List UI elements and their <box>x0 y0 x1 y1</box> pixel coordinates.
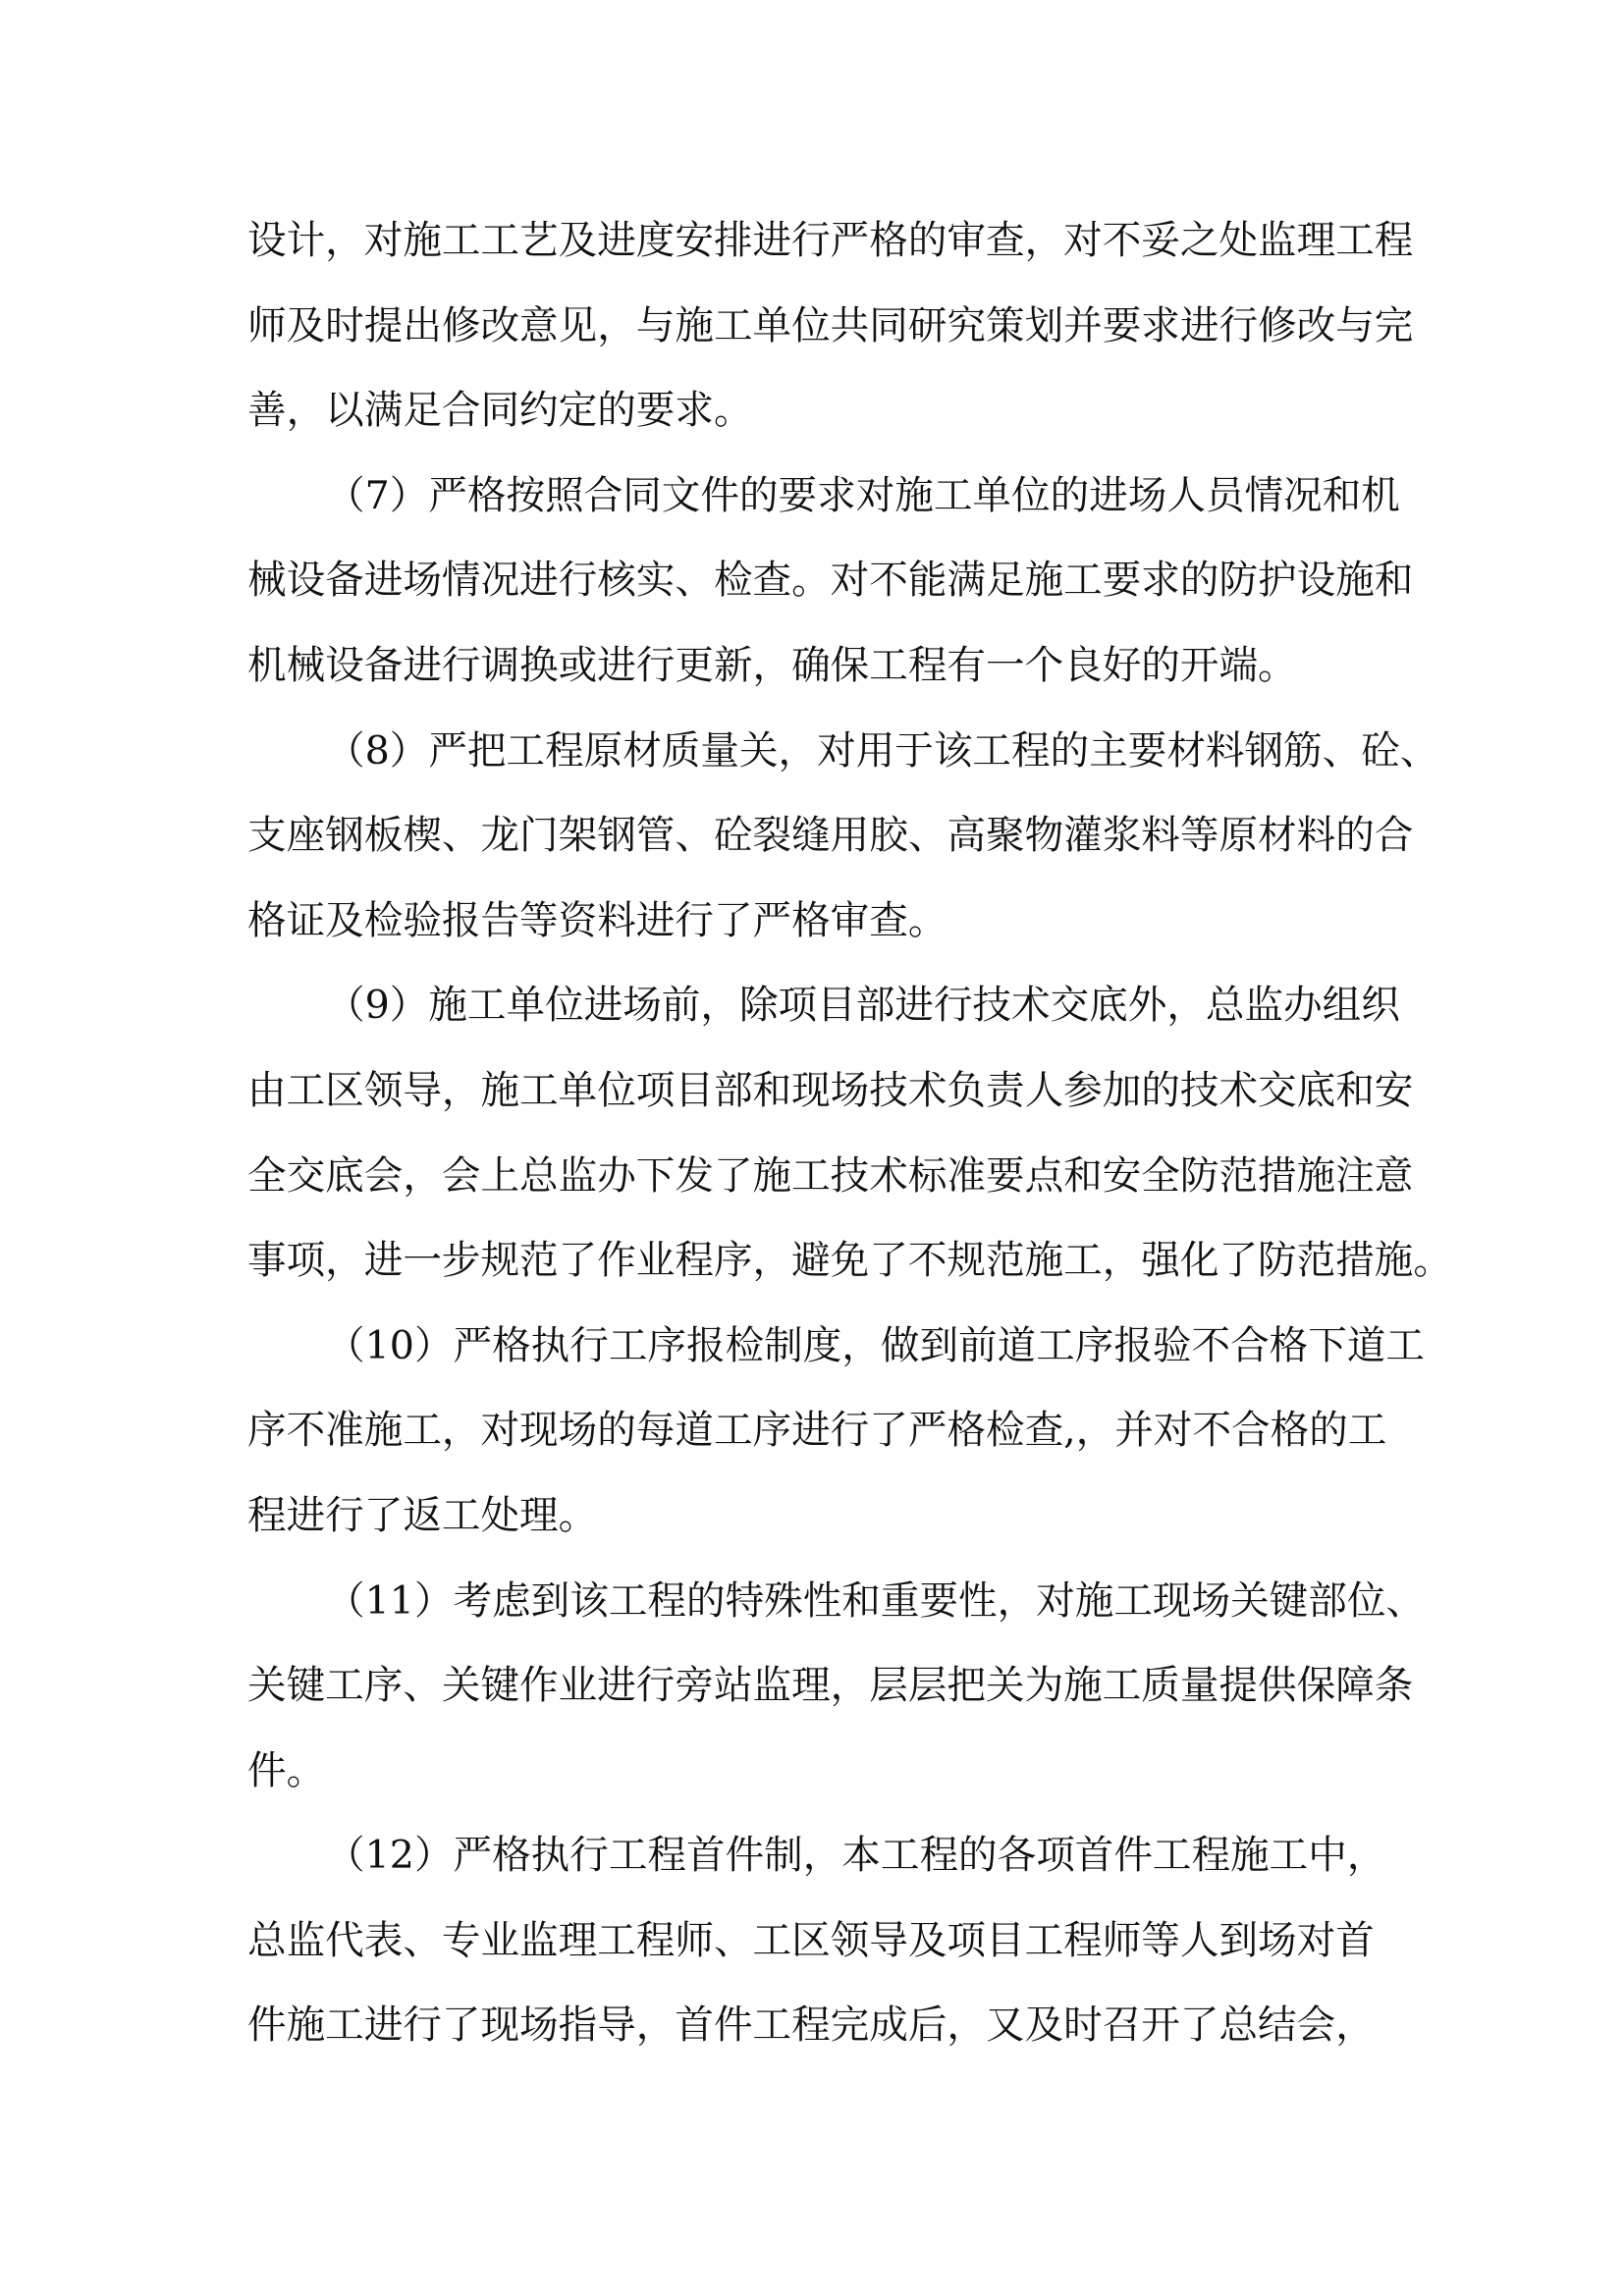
text-line: 善，以满足合同约定的要求。 <box>247 368 1386 454</box>
text-line: （8）严把工程原材质量关，对用于该工程的主要材料钢筋、砼、 <box>247 709 1386 794</box>
text-line: 全交底会，会上总监办下发了施工技术标准要点和安全防范措施注意 <box>247 1134 1386 1219</box>
text-line: 机械设备进行调换或进行更新，确保工程有一个良好的开端。 <box>247 623 1386 709</box>
text-line: （12）严格执行工程首件制，本工程的各项首件工程施工中， <box>247 1813 1386 1898</box>
text-line: 格证及检验报告等资料进行了严格审查。 <box>247 879 1386 964</box>
text-line: 序不准施工，对现场的每道工序进行了严格检查,，并对不合格的工 <box>247 1388 1386 1473</box>
text-line: （7）严格按照合同文件的要求对施工单位的进场人员情况和机 <box>247 454 1386 539</box>
document-body: 设计，对施工工艺及进度安排进行严格的审查，对不妥之处监理工程 师及时提出修改意见… <box>247 198 1386 2068</box>
text-line: （10）严格执行工序报检制度，做到前道工序报验不合格下道工 <box>247 1304 1386 1389</box>
paragraph-11: （11）考虑到该工程的特殊性和重要性，对施工现场关键部位、 关键工序、关键作业进… <box>247 1559 1386 1814</box>
text-line: 械设备进场情况进行核实、检查。对不能满足施工要求的防护设施和 <box>247 538 1386 623</box>
paragraph-8: （8）严把工程原材质量关，对用于该工程的主要材料钢筋、砼、 支座钢板楔、龙门架钢… <box>247 709 1386 964</box>
document-page: 设计，对施工工艺及进度安排进行严格的审查，对不妥之处监理工程 师及时提出修改意见… <box>0 0 1624 2296</box>
paragraph-9: （9）施工单位进场前，除项目部进行技术交底外，总监办组织 由工区领导，施工单位项… <box>247 963 1386 1303</box>
text-line: 师及时提出修改意见，与施工单位共同研究策划并要求进行修改与完 <box>247 284 1386 369</box>
text-line: 件施工进行了现场指导，首件工程完成后，又及时召开了总结会， <box>247 1983 1386 2068</box>
text-line: （11）考虑到该工程的特殊性和重要性，对施工现场关键部位、 <box>247 1559 1386 1644</box>
paragraph-7: （7）严格按照合同文件的要求对施工单位的进场人员情况和机 械设备进场情况进行核实… <box>247 454 1386 709</box>
text-line: 设计，对施工工艺及进度安排进行严格的审查，对不妥之处监理工程 <box>247 198 1386 284</box>
paragraph-12: （12）严格执行工程首件制，本工程的各项首件工程施工中， 总监代表、专业监理工程… <box>247 1813 1386 2068</box>
text-line: 事项，进一步规范了作业程序，避免了不规范施工，强化了防范措施。 <box>247 1218 1386 1304</box>
paragraph-10: （10）严格执行工序报检制度，做到前道工序报验不合格下道工 序不准施工，对现场的… <box>247 1304 1386 1559</box>
text-line: （9）施工单位进场前，除项目部进行技术交底外，总监办组织 <box>247 963 1386 1048</box>
text-line: 程进行了返工处理。 <box>247 1473 1386 1559</box>
paragraph-6-continued: 设计，对施工工艺及进度安排进行严格的审查，对不妥之处监理工程 师及时提出修改意见… <box>247 198 1386 454</box>
text-line: 由工区领导，施工单位项目部和现场技术负责人参加的技术交底和安 <box>247 1048 1386 1134</box>
text-line: 件。 <box>247 1729 1386 1814</box>
text-line: 总监代表、专业监理工程师、工区领导及项目工程师等人到场对首 <box>247 1898 1386 1984</box>
text-line: 关键工序、关键作业进行旁站监理，层层把关为施工质量提供保障条 <box>247 1643 1386 1729</box>
text-line: 支座钢板楔、龙门架钢管、砼裂缝用胶、高聚物灌浆料等原材料的合 <box>247 793 1386 879</box>
